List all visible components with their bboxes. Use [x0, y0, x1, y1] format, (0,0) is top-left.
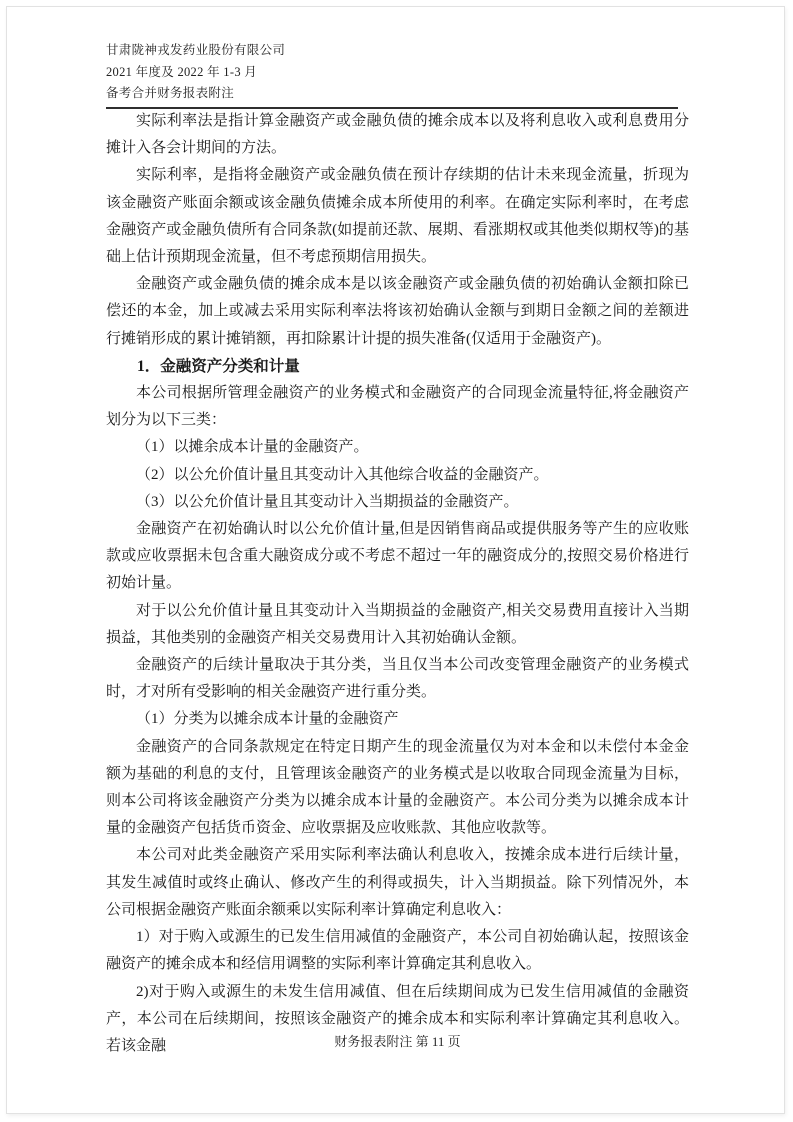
paragraph-subsequent-measurement: 金融资产的后续计量取决于其分类，当且仅当本公司改变管理金融资产的业务模式时，才对… — [106, 652, 689, 706]
header-doc-title: 备考合并财务报表附注 — [106, 83, 687, 105]
list-item-category-2: （2）以公允价值计量且其变动计入其他综合收益的金融资产。 — [106, 462, 689, 489]
subheading-amortized-cost-class: （1）分类为以摊余成本计量的金融资产 — [106, 706, 689, 733]
header-company-name: 甘肃陇神戎发药业股份有限公司 — [106, 40, 687, 62]
footer-page-label: 财务报表附注 第 11 页 — [334, 1034, 460, 1049]
paragraph-credit-impaired-purchased: 1）对于购入或源生的已发生信用减值的金融资产，本公司自初始确认起，按照该金融资产… — [106, 924, 689, 978]
page-header: 甘肃陇神戎发药业股份有限公司 2021 年度及 2022 年 1-3 月 备考合… — [106, 40, 687, 105]
header-report-period: 2021 年度及 2022 年 1-3 月 — [106, 62, 687, 84]
paragraph-amortized-cost-definition: 金融资产或金融负债的摊余成本是以该金融资产或金融负债的初始确认金额扣除已偿还的本… — [106, 271, 689, 353]
section-heading-classification: 1．金融资产分类和计量 — [106, 353, 689, 380]
document-page: 甘肃陇神戎发药业股份有限公司 2021 年度及 2022 年 1-3 月 备考合… — [6, 6, 785, 1114]
paragraph-three-categories-intro: 本公司根据所管理金融资产的业务模式和金融资产的合同现金流量特征,将金融资产划分为… — [106, 380, 689, 434]
paragraph-interest-income-recognition: 本公司对此类金融资产采用实际利率法确认利息收入，按摊余成本进行后续计量，其发生减… — [106, 842, 689, 924]
paragraph-initial-measurement: 金融资产在初始确认时以公允价值计量,但是因销售商品或提供服务等产生的应收账款或应… — [106, 516, 689, 598]
paragraph-amortized-cost-criteria: 金融资产的合同条款规定在特定日期产生的现金流量仅为对本金和以未偿付本金金额为基础… — [106, 734, 689, 843]
paragraph-effective-interest-method: 实际利率法是指计算金融资产或金融负债的摊余成本以及将利息收入或利息费用分摊计入各… — [106, 108, 689, 162]
list-item-category-3: （3）以公允价值计量且其变动计入当期损益的金融资产。 — [106, 489, 689, 516]
paragraph-transaction-costs: 对于以公允价值计量且其变动计入当期损益的金融资产,相关交易费用直接计入当期损益，… — [106, 598, 689, 652]
document-body: 实际利率法是指计算金融资产或金融负债的摊余成本以及将利息收入或利息费用分摊计入各… — [106, 108, 689, 1060]
page-footer: 财务报表附注 第 11 页 — [106, 1032, 689, 1052]
list-item-category-1: （1）以摊余成本计量的金融资产。 — [106, 434, 689, 461]
paragraph-effective-interest-rate: 实际利率，是指将金融资产或金融负债在预计存续期的估计未来现金流量，折现为该金融资… — [106, 162, 689, 271]
